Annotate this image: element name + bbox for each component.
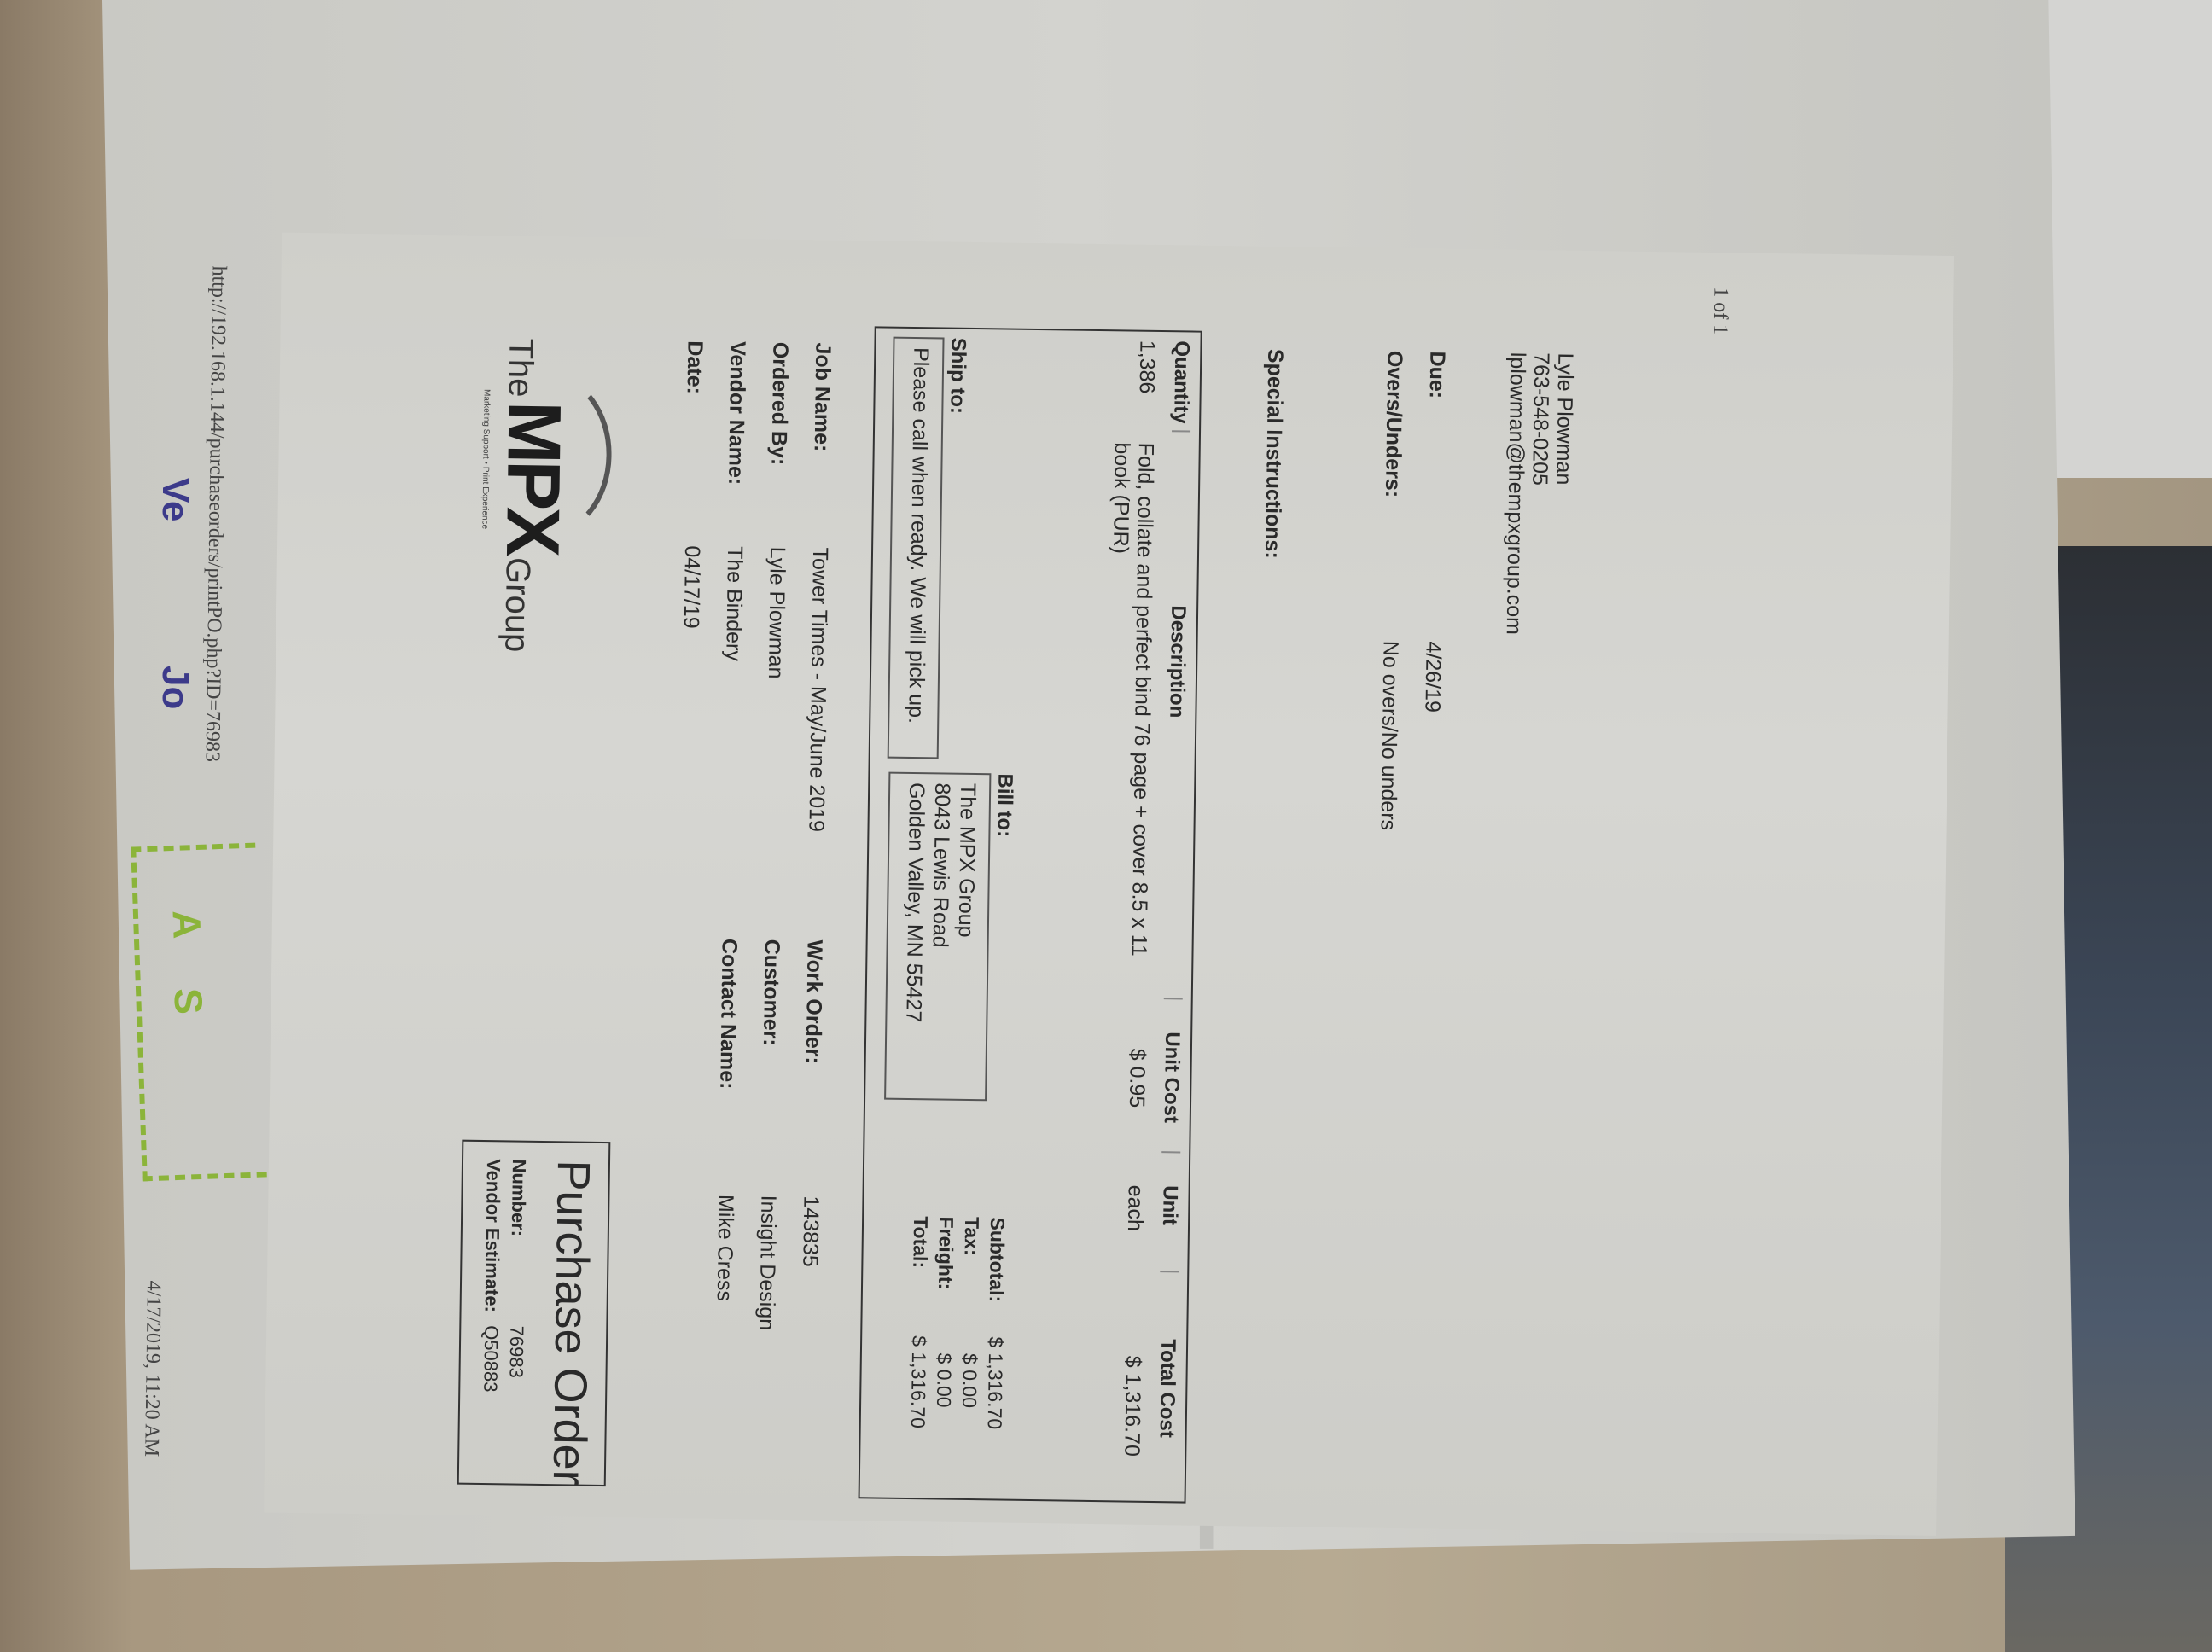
printed-timestamp: 4/17/2019, 11:20 AM [139, 1280, 165, 1457]
contact-email[interactable]: lplowman@thempxgroup.com [1502, 352, 1530, 635]
handwritten-ve: Ve [154, 478, 196, 521]
contact-block: Lyle Plowman 763-548-0205 lplowman@themp… [1502, 352, 1578, 636]
green-stamp: A S [131, 843, 267, 1182]
purchase-order-page: http://192.168.1.144/purchaseorders/prin… [264, 233, 1954, 1536]
vendor-name-label: Vendor Name: [723, 341, 749, 485]
row-unit-cost: $ 0.95 [1124, 1049, 1150, 1108]
due-value: 4/26/19 [1419, 641, 1445, 713]
page-indicator: 1 of 1 [1708, 287, 1732, 334]
handwritten-jo: Jo [154, 666, 196, 709]
total-value: $ 1,316.70 [906, 1335, 931, 1428]
stamp-letter-s: S [165, 987, 212, 1015]
ordered-by-value: Lyle Plowman [763, 547, 789, 679]
vendor-estimate-label: Vendor Estimate: [480, 1159, 505, 1312]
due-label: Due: [1424, 351, 1450, 398]
row-quantity: 1,386 [1134, 340, 1160, 394]
number-value: 76983 [504, 1325, 527, 1378]
work-order-label: Work Order: [800, 939, 827, 1064]
number-label: Number: [507, 1159, 530, 1236]
customer-value: Insight Design [754, 1195, 780, 1330]
bill-to-line-1: The MPX Group [951, 783, 981, 1091]
freight-label: Freight: [934, 1216, 958, 1289]
line-items-table: Quantity Description Unit Cost Unit Tota… [859, 326, 1202, 1503]
bill-to-box: The MPX Group 8043 Lewis Road Golden Val… [884, 772, 991, 1102]
subtotal-label: Subtotal: [985, 1217, 1009, 1302]
contact-phone: 763-548-0205 [1526, 352, 1554, 635]
row-description: Fold, collate and perfect bind 76 page +… [1103, 442, 1158, 989]
freight-value: $ 0.00 [932, 1352, 956, 1407]
po-title: Purchase Order [543, 1160, 600, 1486]
job-name-value: Tower Times - May/June 2019 [803, 547, 832, 832]
overs-unders-label: Overs/Unders: [1380, 351, 1406, 498]
contact-name: Lyle Plowman [1550, 352, 1578, 635]
po-header-box: Purchase Order Number: 76983 Vendor Esti… [457, 1140, 611, 1486]
logo-group: Group [498, 557, 537, 653]
customer-label: Customer: [758, 939, 784, 1046]
row-total-cost: $ 1,316.70 [1119, 1355, 1145, 1457]
overs-unders-value: No overs/No unders [1376, 641, 1403, 831]
total-label: Total: [908, 1216, 932, 1268]
work-order-value: 143835 [797, 1195, 823, 1267]
row-unit: each [1122, 1185, 1148, 1232]
special-instructions-label: Special Instructions: [1260, 349, 1287, 559]
col-unit: Unit [1157, 1185, 1182, 1225]
col-description: Description [1164, 605, 1190, 718]
col-total-cost: Total Cost [1155, 1339, 1180, 1438]
date-label: Date: [682, 340, 707, 394]
bill-to-line-3: Golden Valley, MN 55427 [899, 782, 929, 1090]
bill-to-line-2: 8043 Lewis Road [925, 782, 955, 1090]
ship-to-box: Please call when ready. We will pick up. [888, 337, 945, 759]
bill-to-label: Bill to: [992, 773, 1016, 837]
stamp-letter-a: A [163, 910, 210, 939]
vendor-name-value: The Bindery [720, 546, 747, 661]
vendor-estimate-value: Q50883 [479, 1325, 502, 1393]
col-quantity: Quantity [1168, 340, 1193, 424]
tax-value: $ 0.00 [958, 1353, 981, 1408]
contact-name-value: Mike Cress [712, 1195, 738, 1301]
tax-label: Tax: [960, 1217, 984, 1256]
date-value: 04/17/19 [678, 545, 704, 629]
ordered-by-label: Ordered By: [765, 342, 792, 466]
contact-name-label: Contact Name: [714, 939, 741, 1090]
col-unit-cost: Unit Cost [1159, 1032, 1184, 1123]
company-logo: The MPX Group Marketing Support • Print … [478, 338, 579, 653]
subtotal-value: $ 1,316.70 [983, 1336, 1008, 1429]
logo-swoosh-icon [480, 372, 613, 538]
ship-to-label: Ship to: [945, 338, 969, 415]
table-row: 1,386 Fold, collate and perfect bind 76 … [1185, 333, 1201, 1502]
job-name-label: Job Name: [809, 342, 835, 451]
ship-to-text: Please call when ready. We will pick up. [904, 347, 933, 724]
